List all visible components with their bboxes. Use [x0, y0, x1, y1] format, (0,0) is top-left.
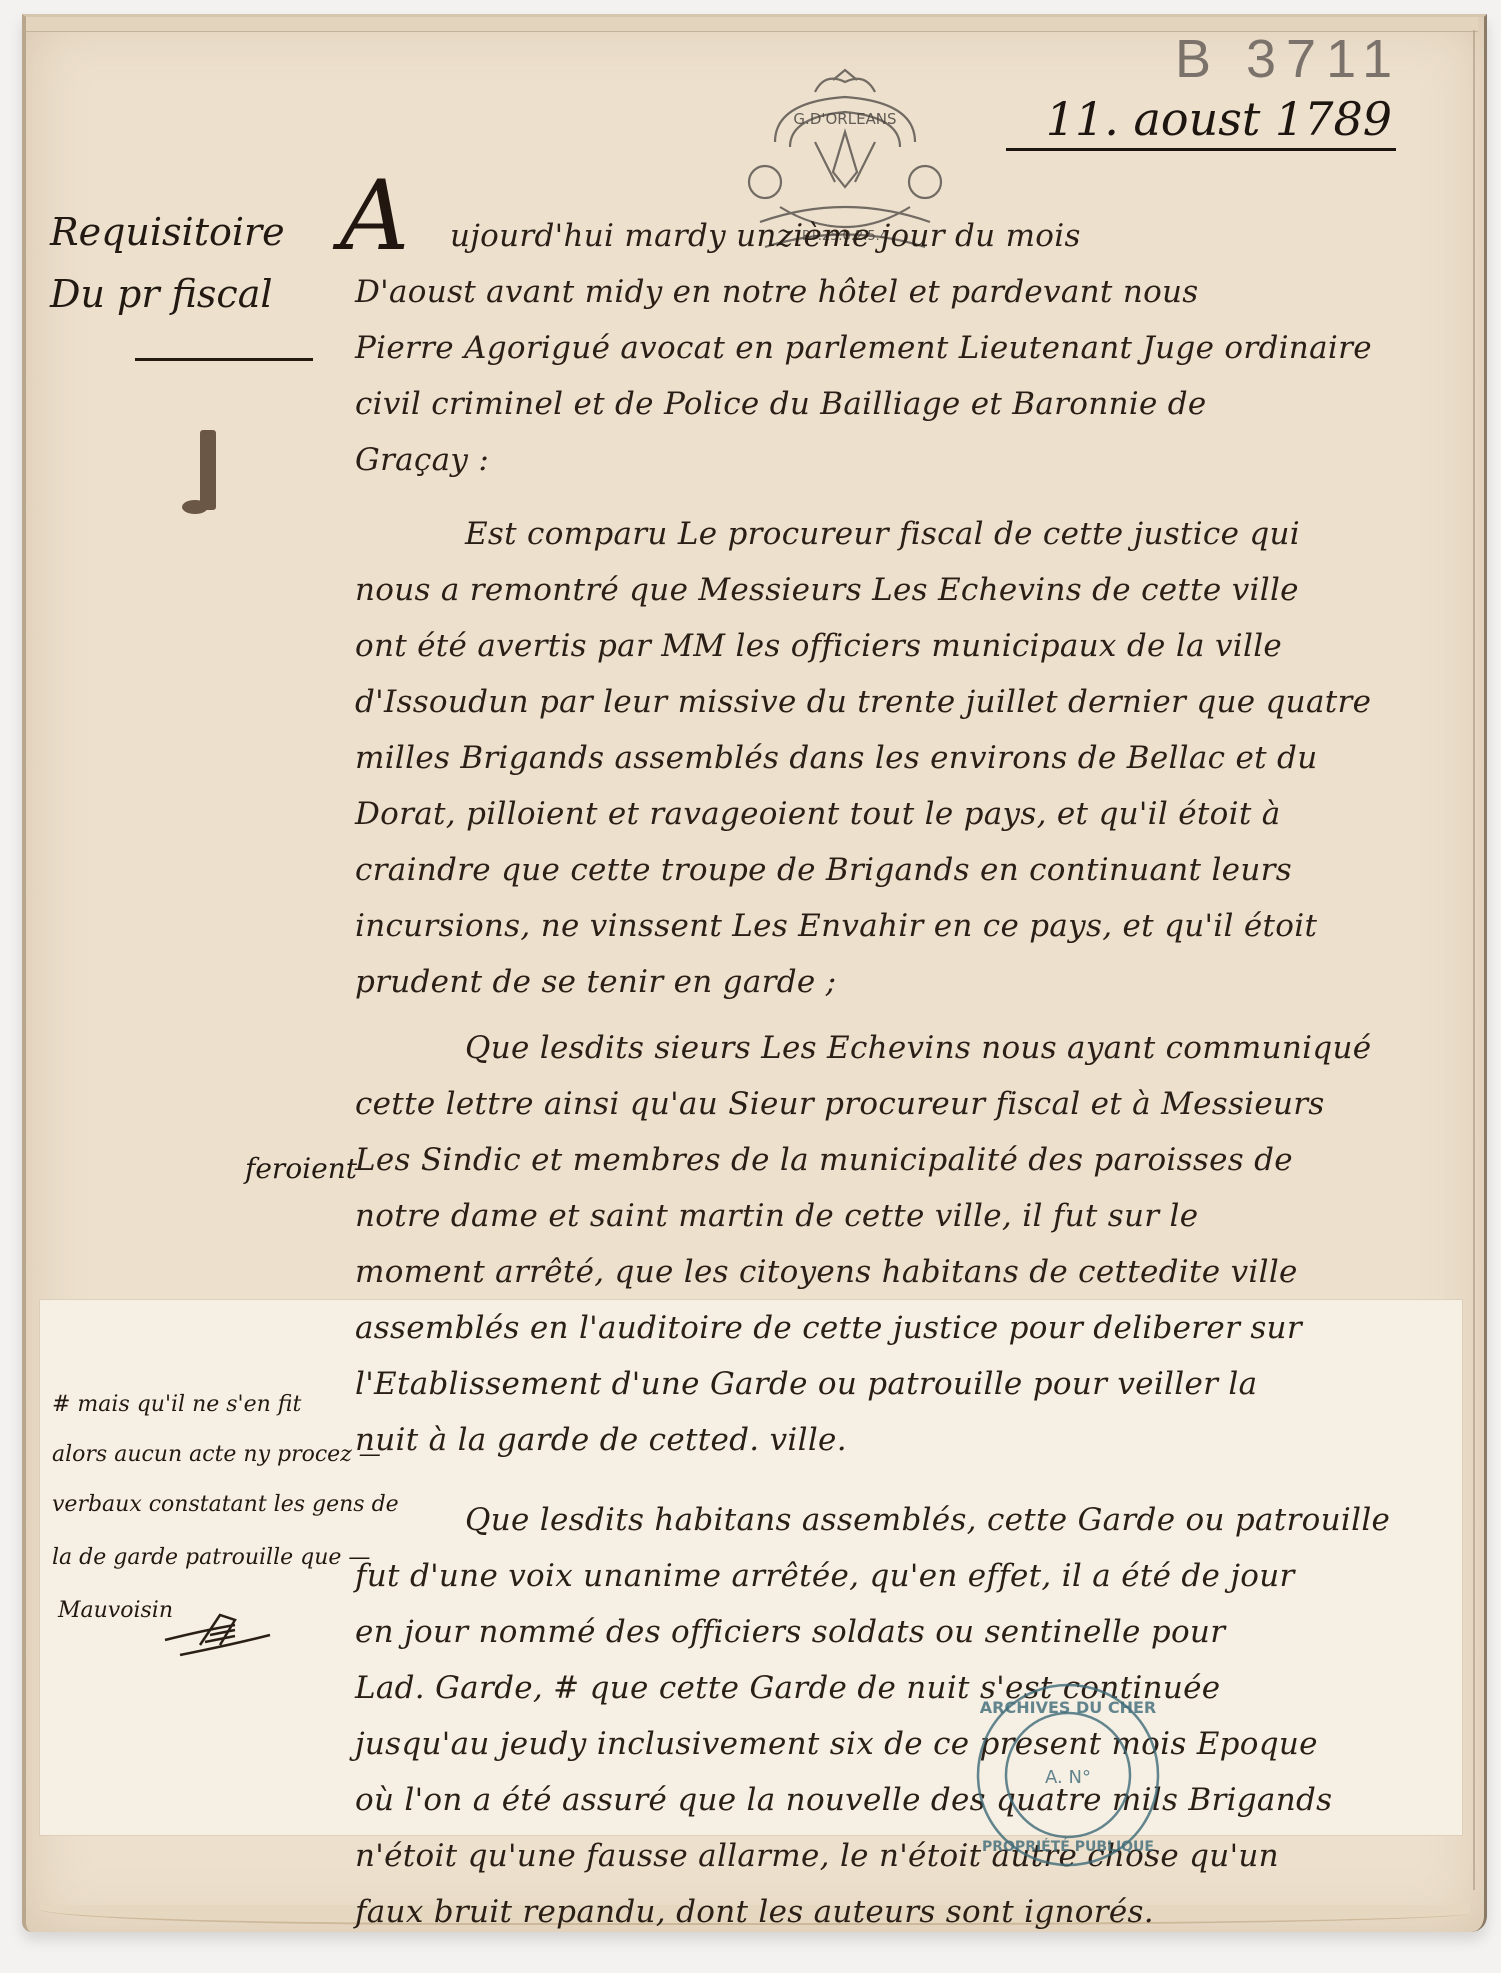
- margin-addition-line: la de garde patrouille que —: [52, 1545, 370, 1570]
- body-line: Est comparu Le procureur fiscal de cette…: [355, 506, 1415, 562]
- seal-stamp-top-text: G.D'ORLEANS: [793, 110, 896, 128]
- margin-addition-signature: Mauvoisin: [58, 1598, 173, 1623]
- margin-title-underline: [135, 358, 313, 361]
- signature-paraph-icon: [160, 1600, 280, 1660]
- body-line: Que lesdits habitans assemblés, cette Ga…: [355, 1492, 1415, 1548]
- manuscript-body: ujourd'hui mardy unzième jour du mois D'…: [355, 208, 1415, 1940]
- body-line: milles Brigands assemblés dans les envir…: [355, 730, 1415, 786]
- body-line: civil criminel et de Police du Bailliage…: [355, 376, 1415, 432]
- body-line: Les Sindic et membres de la municipalité…: [355, 1132, 1415, 1188]
- margin-addition-line: # mais qu'il ne s'en fit: [52, 1392, 301, 1417]
- archive-stamp-middle-text: A. N°: [1045, 1767, 1091, 1788]
- body-line: prudent de se tenir en garde ;: [355, 954, 1415, 1010]
- archive-stamp-bottom-text: PROPRIÉTÉ PUBLIQUE: [982, 1838, 1154, 1855]
- body-line: nous a remontré que Messieurs Les Echevi…: [355, 562, 1415, 618]
- body-line: Lad. Garde, # que cette Garde de nuit s'…: [355, 1660, 1415, 1716]
- body-line: fut d'une voix unanime arrêtée, qu'en ef…: [355, 1548, 1415, 1604]
- archive-stamp-icon: ARCHIVES DU CHER A. N° PROPRIÉTÉ PUBLIQU…: [968, 1675, 1168, 1875]
- body-line: en jour nommé des officiers soldats ou s…: [355, 1604, 1415, 1660]
- body-line: Que lesdits sieurs Les Echevins nous aya…: [355, 1020, 1415, 1076]
- body-line: Pierre Agorigué avocat en parlement Lieu…: [355, 320, 1415, 376]
- page-right-edge: [1473, 30, 1475, 1890]
- body-line: Graçay :: [355, 432, 1415, 488]
- margin-title-line1: Requisitoire: [50, 210, 285, 254]
- body-line: d'Issoudun par leur missive du trente ju…: [355, 674, 1415, 730]
- margin-addition-line: alors aucun acte ny procez —: [52, 1442, 381, 1467]
- body-line: incursions, ne vinssent Les Envahir en c…: [355, 898, 1415, 954]
- archive-reference: B 3711: [1175, 28, 1402, 90]
- archive-stamp-top-text: ARCHIVES DU CHER: [980, 1698, 1156, 1717]
- body-line: jusqu'au jeudy inclusivement six de ce p…: [355, 1716, 1415, 1772]
- ink-blot: [200, 430, 216, 510]
- body-line: ont été avertis par MM les officiers mun…: [355, 618, 1415, 674]
- body-line: D'aoust avant midy en notre hôtel et par…: [355, 264, 1415, 320]
- margin-addition-line: verbaux constatant les gens de: [52, 1492, 399, 1517]
- body-line: Dorat, pilloient et ravageoient tout le …: [355, 786, 1415, 842]
- body-line: n'étoit qu'une fausse allarme, le n'étoi…: [355, 1828, 1415, 1884]
- body-line: craindre que cette troupe de Brigands en…: [355, 842, 1415, 898]
- body-line: nuit à la garde de cetted. ville.: [355, 1412, 1415, 1468]
- margin-title-line2: Du pr fiscal: [50, 272, 273, 316]
- margin-insert-feroient: feroient: [245, 1152, 357, 1185]
- body-line: faux bruit repandu, dont les auteurs son…: [355, 1884, 1415, 1940]
- body-line: notre dame et saint martin de cette vill…: [355, 1188, 1415, 1244]
- document-date: 11. aoust 1789: [1006, 92, 1396, 151]
- body-line: cette lettre ainsi qu'au Sieur procureur…: [355, 1076, 1415, 1132]
- body-line: l'Etablissement d'une Garde ou patrouill…: [355, 1356, 1415, 1412]
- body-line: ujourd'hui mardy unzième jour du mois: [355, 208, 1415, 264]
- body-line: où l'on a été assuré que la nouvelle des…: [355, 1772, 1415, 1828]
- body-line: moment arrêté, que les citoyens habitans…: [355, 1244, 1415, 1300]
- body-line: assemblés en l'auditoire de cette justic…: [355, 1300, 1415, 1356]
